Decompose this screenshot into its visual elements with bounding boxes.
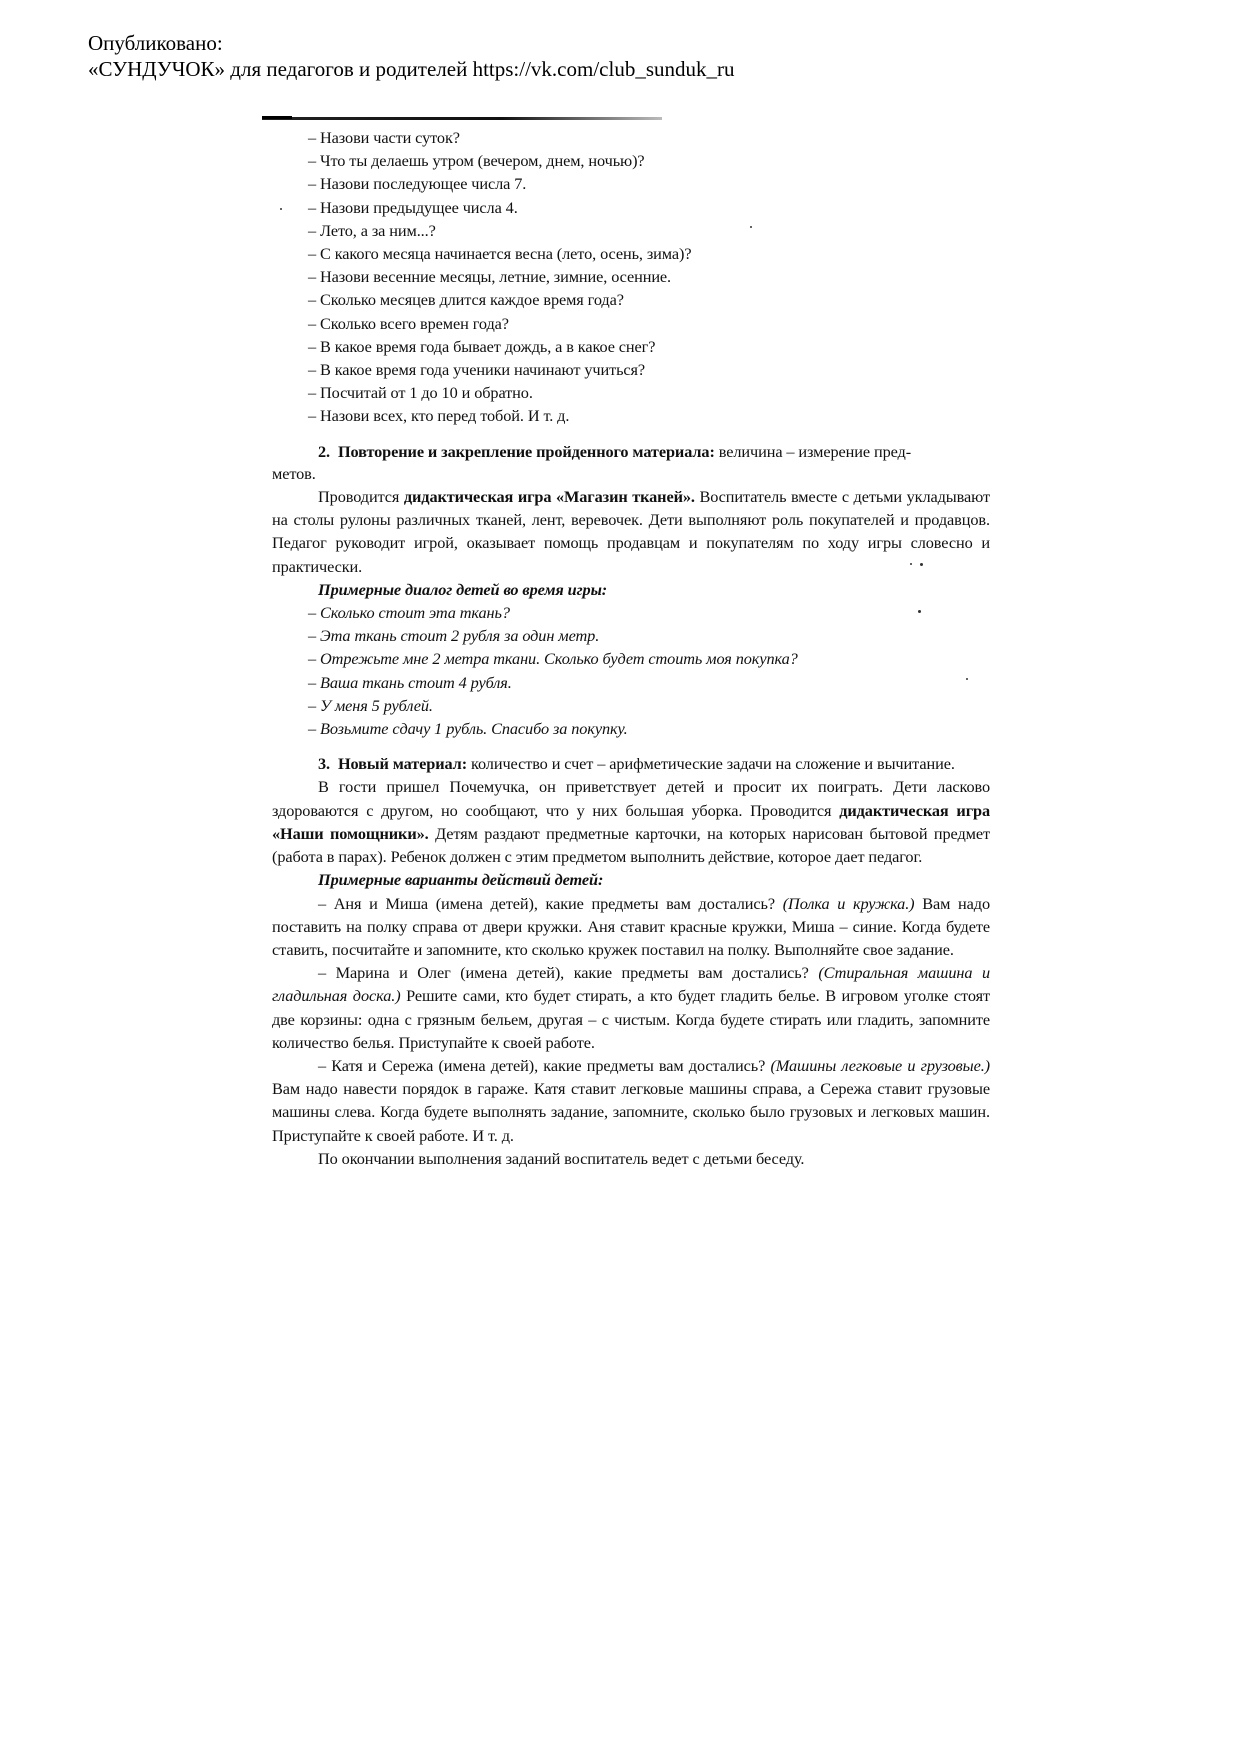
scanned-page: – Назови части суток? – Что ты делаешь у… xyxy=(272,126,990,1170)
scan-speck xyxy=(750,226,752,228)
dialog-line: – Эта ткань стоит 2 рубля за один метр. xyxy=(272,624,990,647)
question-item: – Назови весенние месяцы, летние, зимние… xyxy=(272,265,990,288)
action-paragraph: – Аня и Миша (имена детей), какие предме… xyxy=(272,892,990,962)
page-top-rule xyxy=(262,117,662,120)
section-3-paragraph: В гости пришел Почемучка, он приветствуе… xyxy=(272,775,990,868)
section-title: Повторение и закрепление пройденного мат… xyxy=(338,442,715,461)
action-paragraph: – Марина и Олег (имена детей), какие пре… xyxy=(272,961,990,1054)
scan-speck xyxy=(910,563,912,565)
question-item: – Сколько всего времен года? xyxy=(272,312,990,335)
section-3-heading: 3. Новый материал: количество и счет – а… xyxy=(272,752,990,775)
question-item: – Назови всех, кто перед тобой. И т. д. xyxy=(272,404,990,427)
question-item: – Назови предыдущее числа 4. xyxy=(272,196,990,219)
section-2-heading-cont: метов. xyxy=(272,462,990,485)
question-item: – Что ты делаешь утром (вечером, днем, н… xyxy=(272,149,990,172)
section-topic: количество и счет – арифметические задач… xyxy=(467,754,955,773)
section-number: 3. xyxy=(318,754,330,773)
question-item: – Лето, а за ним...? xyxy=(272,219,990,242)
dialog-heading: Примерные диалог детей во время игры: xyxy=(272,578,990,601)
publication-header: Опубликовано: «СУНДУЧОК» для педагогов и… xyxy=(88,30,735,82)
dialog-line: – Ваша ткань стоит 4 рубля. xyxy=(272,671,990,694)
dialog-line: – Возьмите сдачу 1 рубль. Спасибо за пок… xyxy=(272,717,990,740)
question-item: – С какого месяца начинается весна (лето… xyxy=(272,242,990,265)
section-2-paragraph: Проводится дидактическая игра «Магазин т… xyxy=(272,485,990,578)
question-item: – Назови части суток? xyxy=(272,126,990,149)
question-item: – В какое время года ученики начинают уч… xyxy=(272,358,990,381)
scan-speck xyxy=(966,678,968,680)
published-label: Опубликовано: xyxy=(88,30,735,56)
section-2-heading: 2. Повторение и закрепление пройденного … xyxy=(272,440,990,463)
question-item: – Назови последующее числа 7. xyxy=(272,172,990,195)
section-number: 2. xyxy=(318,442,330,461)
dialog-line: – Отрежьте мне 2 метра ткани. Сколько бу… xyxy=(272,647,990,670)
actions-heading: Примерные варианты действий детей: xyxy=(272,868,990,891)
scan-speck xyxy=(918,610,921,613)
question-item: – В какое время года бывает дождь, а в к… xyxy=(272,335,990,358)
page-top-rule-accent xyxy=(262,116,292,119)
question-item: – Посчитай от 1 до 10 и обратно. xyxy=(272,381,990,404)
closing-paragraph: По окончании выполнения заданий воспитат… xyxy=(272,1147,990,1170)
dialog-line: – Сколько стоит эта ткань? xyxy=(272,601,990,624)
question-list: – Назови части суток? – Что ты делаешь у… xyxy=(272,126,990,428)
game-name: дидактическая игра «Магазин тканей». xyxy=(404,487,695,506)
action-paragraph: – Катя и Сережа (имена детей), какие пре… xyxy=(272,1054,990,1147)
scan-speck xyxy=(280,208,282,210)
section-title: Новый материал: xyxy=(338,754,467,773)
scan-speck xyxy=(920,563,923,566)
question-item: – Сколько месяцев длится каждое время го… xyxy=(272,288,990,311)
section-topic: величина – измерение пред- xyxy=(715,442,911,461)
dialog-list: – Сколько стоит эта ткань? – Эта ткань с… xyxy=(272,601,990,740)
source-line: «СУНДУЧОК» для педагогов и родителей htt… xyxy=(88,56,735,82)
dialog-line: – У меня 5 рублей. xyxy=(272,694,990,717)
